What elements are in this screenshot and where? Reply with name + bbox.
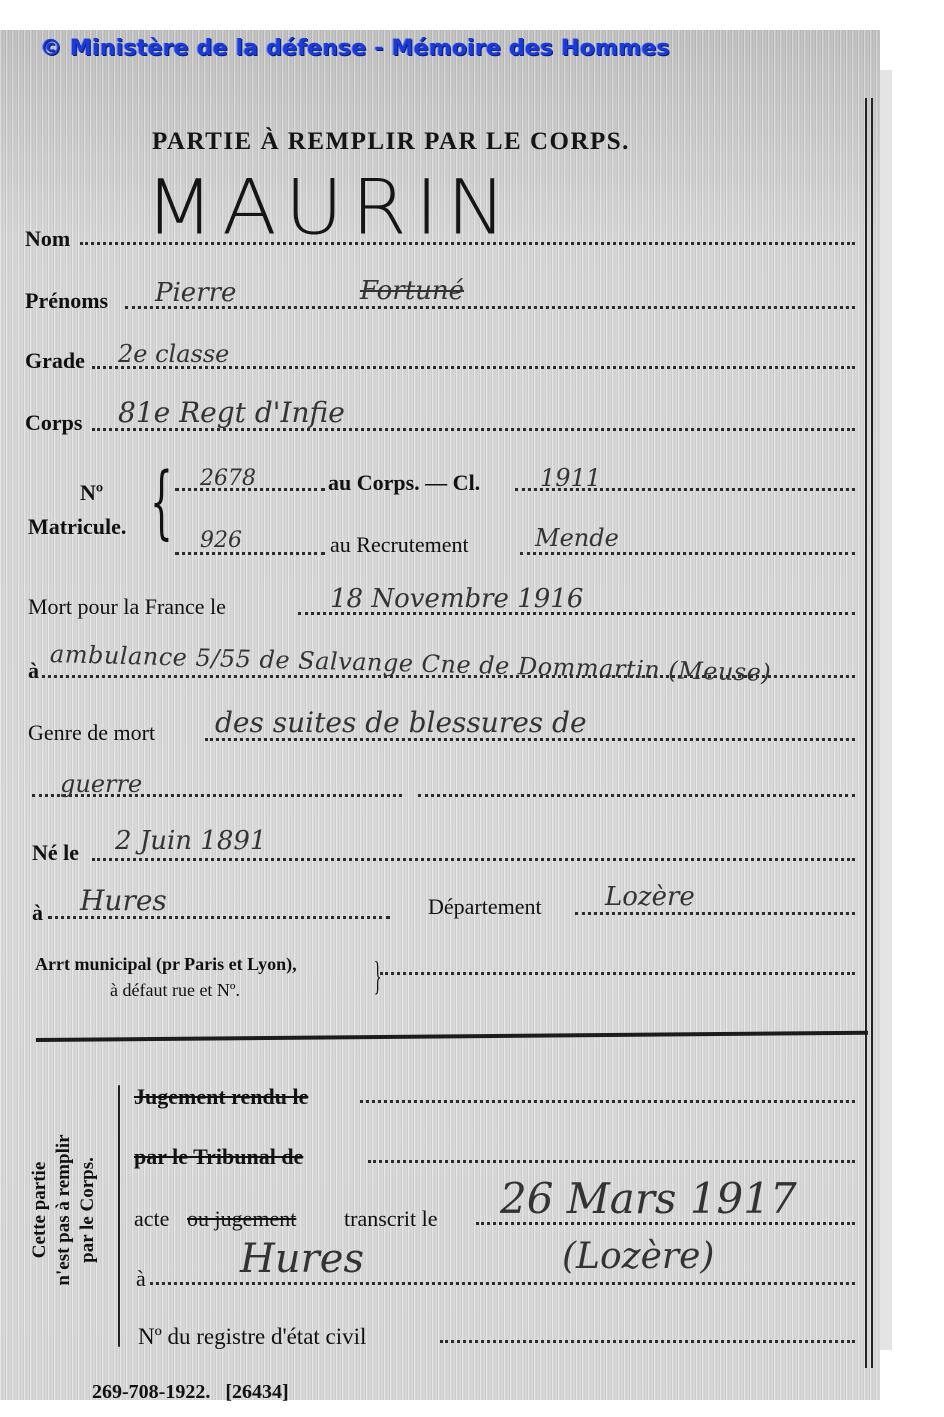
form-heading: PARTIE À REMPLIR PAR LE CORPS.	[152, 128, 630, 156]
arrondissement-line	[380, 972, 855, 975]
copyright-watermark: © Ministère de la défense - Mémoire des …	[40, 36, 670, 61]
tribunal-line	[368, 1160, 855, 1163]
registre-label: Nº du registre d'état civil	[138, 1324, 366, 1350]
genre-mort-value-cont: guerre	[60, 770, 142, 798]
jugement-label: Jugement rendu le	[134, 1084, 308, 1110]
matricule-corps-label: au Corps. — Cl.	[328, 470, 480, 496]
acte-label-suffix: transcrit le	[344, 1206, 437, 1232]
registre-line	[440, 1340, 855, 1343]
margin-rule-left	[865, 98, 867, 1368]
naissance-label: Né le	[32, 840, 79, 866]
civil-section-side-note: Cette partie n'est pas à remplir par le …	[28, 1110, 100, 1310]
matricule-brace: {	[150, 462, 173, 542]
mort-label: Mort pour la France le	[28, 594, 226, 620]
naissance-date-line	[92, 858, 855, 861]
arrondissement-brace: }	[374, 952, 382, 999]
corps-value: 81e Regt d'Infie	[118, 396, 345, 429]
matricule-recrutement-line	[175, 552, 325, 555]
matricule-label-line2: Matricule.	[28, 514, 126, 540]
side-note-line3: par le Corps.	[76, 1110, 100, 1310]
nom-value: MAURIN	[145, 170, 514, 246]
acte-place-dept: (Lozère)	[562, 1236, 714, 1277]
acte-place-line	[150, 1282, 855, 1285]
genre-mort-value: des suites de blessures de	[215, 706, 587, 739]
classe-value: 1911	[540, 464, 601, 492]
grade-value: 2e classe	[118, 340, 229, 368]
acte-label-struck: ou jugement	[187, 1206, 296, 1232]
acte-place-value: Hures	[240, 1236, 364, 1282]
matricule-recrutement-value: 926	[200, 528, 242, 553]
recrutement-place-line	[520, 552, 855, 555]
matricule-corps-value: 2678	[200, 466, 256, 491]
prenoms-value: Pierre	[155, 278, 236, 308]
nom-label: Nom	[25, 226, 70, 252]
arrondissement-label-line1: Arrt municipal (pr Paris et Lyon),	[35, 954, 297, 975]
departement-line	[575, 912, 855, 915]
recrutement-place-value: Mende	[535, 524, 619, 552]
genre-mort-label: Genre de mort	[28, 720, 155, 746]
grade-label: Grade	[25, 348, 85, 374]
jugement-line	[360, 1100, 855, 1103]
acte-place-label: à	[136, 1266, 146, 1292]
naissance-date-value: 2 Juin 1891	[115, 826, 266, 856]
tribunal-label: par le Tribunal de	[134, 1144, 303, 1170]
page-edge	[880, 70, 892, 1350]
side-note-line1: Cette partie	[28, 1110, 52, 1310]
naissance-place-value: Hures	[80, 884, 167, 917]
genre-mort-line-2b	[418, 794, 855, 797]
matricule-label-line1: Nº	[80, 480, 103, 506]
departement-value: Lozère	[605, 882, 695, 912]
margin-rule-right	[871, 98, 873, 1368]
prenoms-label: Prénoms	[25, 288, 108, 314]
recrutement-label: au Recrutement	[330, 532, 469, 558]
form-print-code: 269-708-1922. [26434]	[92, 1381, 289, 1404]
arrondissement-label-line2: à défaut rue et Nº.	[110, 980, 240, 1001]
mort-date-value: 18 Novembre 1916	[330, 584, 583, 614]
side-note-line2: n'est pas à remplir	[52, 1110, 76, 1310]
departement-label: Département	[428, 894, 542, 920]
prenoms-struck-value: Fortuné	[360, 276, 464, 306]
corps-label: Corps	[25, 410, 82, 436]
civil-section-bracket	[118, 1085, 120, 1347]
mort-place-label: à	[28, 658, 39, 684]
acte-label-prefix: acte	[134, 1206, 169, 1232]
naissance-place-label: à	[32, 900, 43, 926]
acte-date-value: 26 Mars 1917	[500, 1174, 797, 1223]
